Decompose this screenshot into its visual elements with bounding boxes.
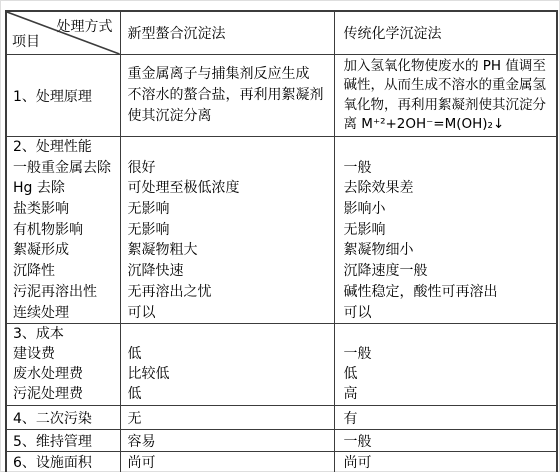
empty-line bbox=[344, 137, 557, 158]
corner-header-cell: 处理方式 项目 bbox=[6, 11, 120, 55]
performance-section-row: 2、处理性能 一般重金属去除 Hg 去除 盐类影响 有机物影响 絮凝形成 沉降性… bbox=[6, 137, 557, 324]
empty-line bbox=[128, 137, 334, 158]
performance-label: Hg 去除 bbox=[13, 178, 120, 199]
performance-label: 沉降性 bbox=[13, 261, 120, 282]
table-header-row: 处理方式 项目 新型螯合沉淀法 传统化学沉淀法 bbox=[6, 11, 557, 55]
performance-new-cell: 很好 可处理至极低浓度 无影响 无影响 絮凝物粗大 沉降快速 无再溶出之忧 可以 bbox=[120, 137, 334, 324]
principle-new-method: 重金属离子与捕集剂反应生成 不溶水的螯合盐，再利用絮凝剂 使其沉淀分离 bbox=[120, 55, 334, 137]
performance-trad-cell: 一般 去除效果差 影响小 无影响 絮凝物细小 沉降速度一般 碱性稳定，酸性可再溶… bbox=[334, 137, 557, 324]
cost-label: 污泥处理费 bbox=[13, 384, 120, 404]
maintenance-new: 容易 bbox=[120, 430, 334, 452]
performance-new-value: 可以 bbox=[128, 303, 334, 324]
maintenance-trad: 一般 bbox=[334, 430, 557, 452]
footprint-new: 尚可 bbox=[120, 452, 334, 472]
performance-trad-value: 去除效果差 bbox=[344, 178, 557, 199]
performance-section-title: 2、处理性能 bbox=[13, 137, 120, 158]
performance-new-value: 絮凝物粗大 bbox=[128, 240, 334, 261]
secondary-pollution-row: 4、二次污染 无 有 bbox=[6, 406, 557, 430]
performance-new-value: 很好 bbox=[128, 158, 334, 179]
cost-trad-value: 高 bbox=[344, 384, 557, 404]
performance-trad-value: 絮凝物细小 bbox=[344, 240, 557, 261]
performance-new-value: 无影响 bbox=[128, 199, 334, 220]
performance-labels-cell: 2、处理性能 一般重金属去除 Hg 去除 盐类影响 有机物影响 絮凝形成 沉降性… bbox=[6, 137, 120, 324]
footprint-trad: 尚可 bbox=[334, 452, 557, 472]
performance-trad-value: 一般 bbox=[344, 158, 557, 179]
performance-trad-value: 可以 bbox=[344, 303, 557, 324]
cost-new-value: 低 bbox=[128, 344, 334, 364]
secondary-pollution-trad: 有 bbox=[334, 406, 557, 430]
performance-label: 絮凝形成 bbox=[13, 240, 120, 261]
performance-new-value: 无影响 bbox=[128, 220, 334, 241]
corner-label-method: 处理方式 bbox=[57, 16, 113, 36]
performance-trad-value: 影响小 bbox=[344, 199, 557, 220]
footprint-label: 6、设施面积 bbox=[6, 452, 120, 472]
performance-new-value: 可处理至极低浓度 bbox=[128, 178, 334, 199]
performance-new-value: 无再溶出之忧 bbox=[128, 282, 334, 303]
comparison-table: 处理方式 项目 新型螯合沉淀法 传统化学沉淀法 1、处理原理 重金属离子与捕集剂… bbox=[5, 10, 558, 472]
empty-line bbox=[344, 324, 557, 344]
cost-section-title: 3、成本 bbox=[13, 324, 120, 344]
cost-label: 废水处理费 bbox=[13, 364, 120, 384]
performance-label: 盐类影响 bbox=[13, 199, 120, 220]
page: 处理方式 项目 新型螯合沉淀法 传统化学沉淀法 1、处理原理 重金属离子与捕集剂… bbox=[0, 0, 560, 472]
performance-trad-value: 沉降速度一般 bbox=[344, 261, 557, 282]
principle-label: 1、处理原理 bbox=[6, 55, 120, 137]
performance-new-value: 沉降快速 bbox=[128, 261, 334, 282]
cost-labels-cell: 3、成本 建设费 废水处理费 污泥处理费 bbox=[6, 324, 120, 406]
cost-new-value: 比较低 bbox=[128, 364, 334, 384]
header-traditional: 传统化学沉淀法 bbox=[334, 11, 557, 55]
footprint-row: 6、设施面积 尚可 尚可 bbox=[6, 452, 557, 472]
principle-row: 1、处理原理 重金属离子与捕集剂反应生成 不溶水的螯合盐，再利用絮凝剂 使其沉淀… bbox=[6, 55, 557, 137]
cost-new-value: 低 bbox=[128, 384, 334, 404]
header-new-method: 新型螯合沉淀法 bbox=[120, 11, 334, 55]
performance-label: 一般重金属去除 bbox=[13, 158, 120, 179]
cost-new-cell: 低 比较低 低 bbox=[120, 324, 334, 406]
cost-trad-cell: 一般 低 高 bbox=[334, 324, 557, 406]
cost-trad-value: 一般 bbox=[344, 344, 557, 364]
cost-section-row: 3、成本 建设费 废水处理费 污泥处理费 低 比较低 低 一般 低 高 bbox=[6, 324, 557, 406]
cost-trad-value: 低 bbox=[344, 364, 557, 384]
principle-traditional: 加入氢氧化物使废水的 PH 值调至 碱性，从而生成不溶水的重金属氢 氧化物，再利… bbox=[334, 55, 557, 137]
secondary-pollution-label: 4、二次污染 bbox=[6, 406, 120, 430]
performance-label: 污泥再溶出性 bbox=[13, 282, 120, 303]
performance-trad-value: 无影响 bbox=[344, 220, 557, 241]
secondary-pollution-new: 无 bbox=[120, 406, 334, 430]
maintenance-label: 5、维持管理 bbox=[6, 430, 120, 452]
performance-label: 有机物影响 bbox=[13, 220, 120, 241]
maintenance-row: 5、维持管理 容易 一般 bbox=[6, 430, 557, 452]
performance-trad-value: 碱性稳定，酸性可再溶出 bbox=[344, 282, 557, 303]
performance-label: 连续处理 bbox=[13, 303, 120, 324]
corner-label-item: 项目 bbox=[12, 31, 40, 51]
cost-label: 建设费 bbox=[13, 344, 120, 364]
empty-line bbox=[128, 324, 334, 344]
